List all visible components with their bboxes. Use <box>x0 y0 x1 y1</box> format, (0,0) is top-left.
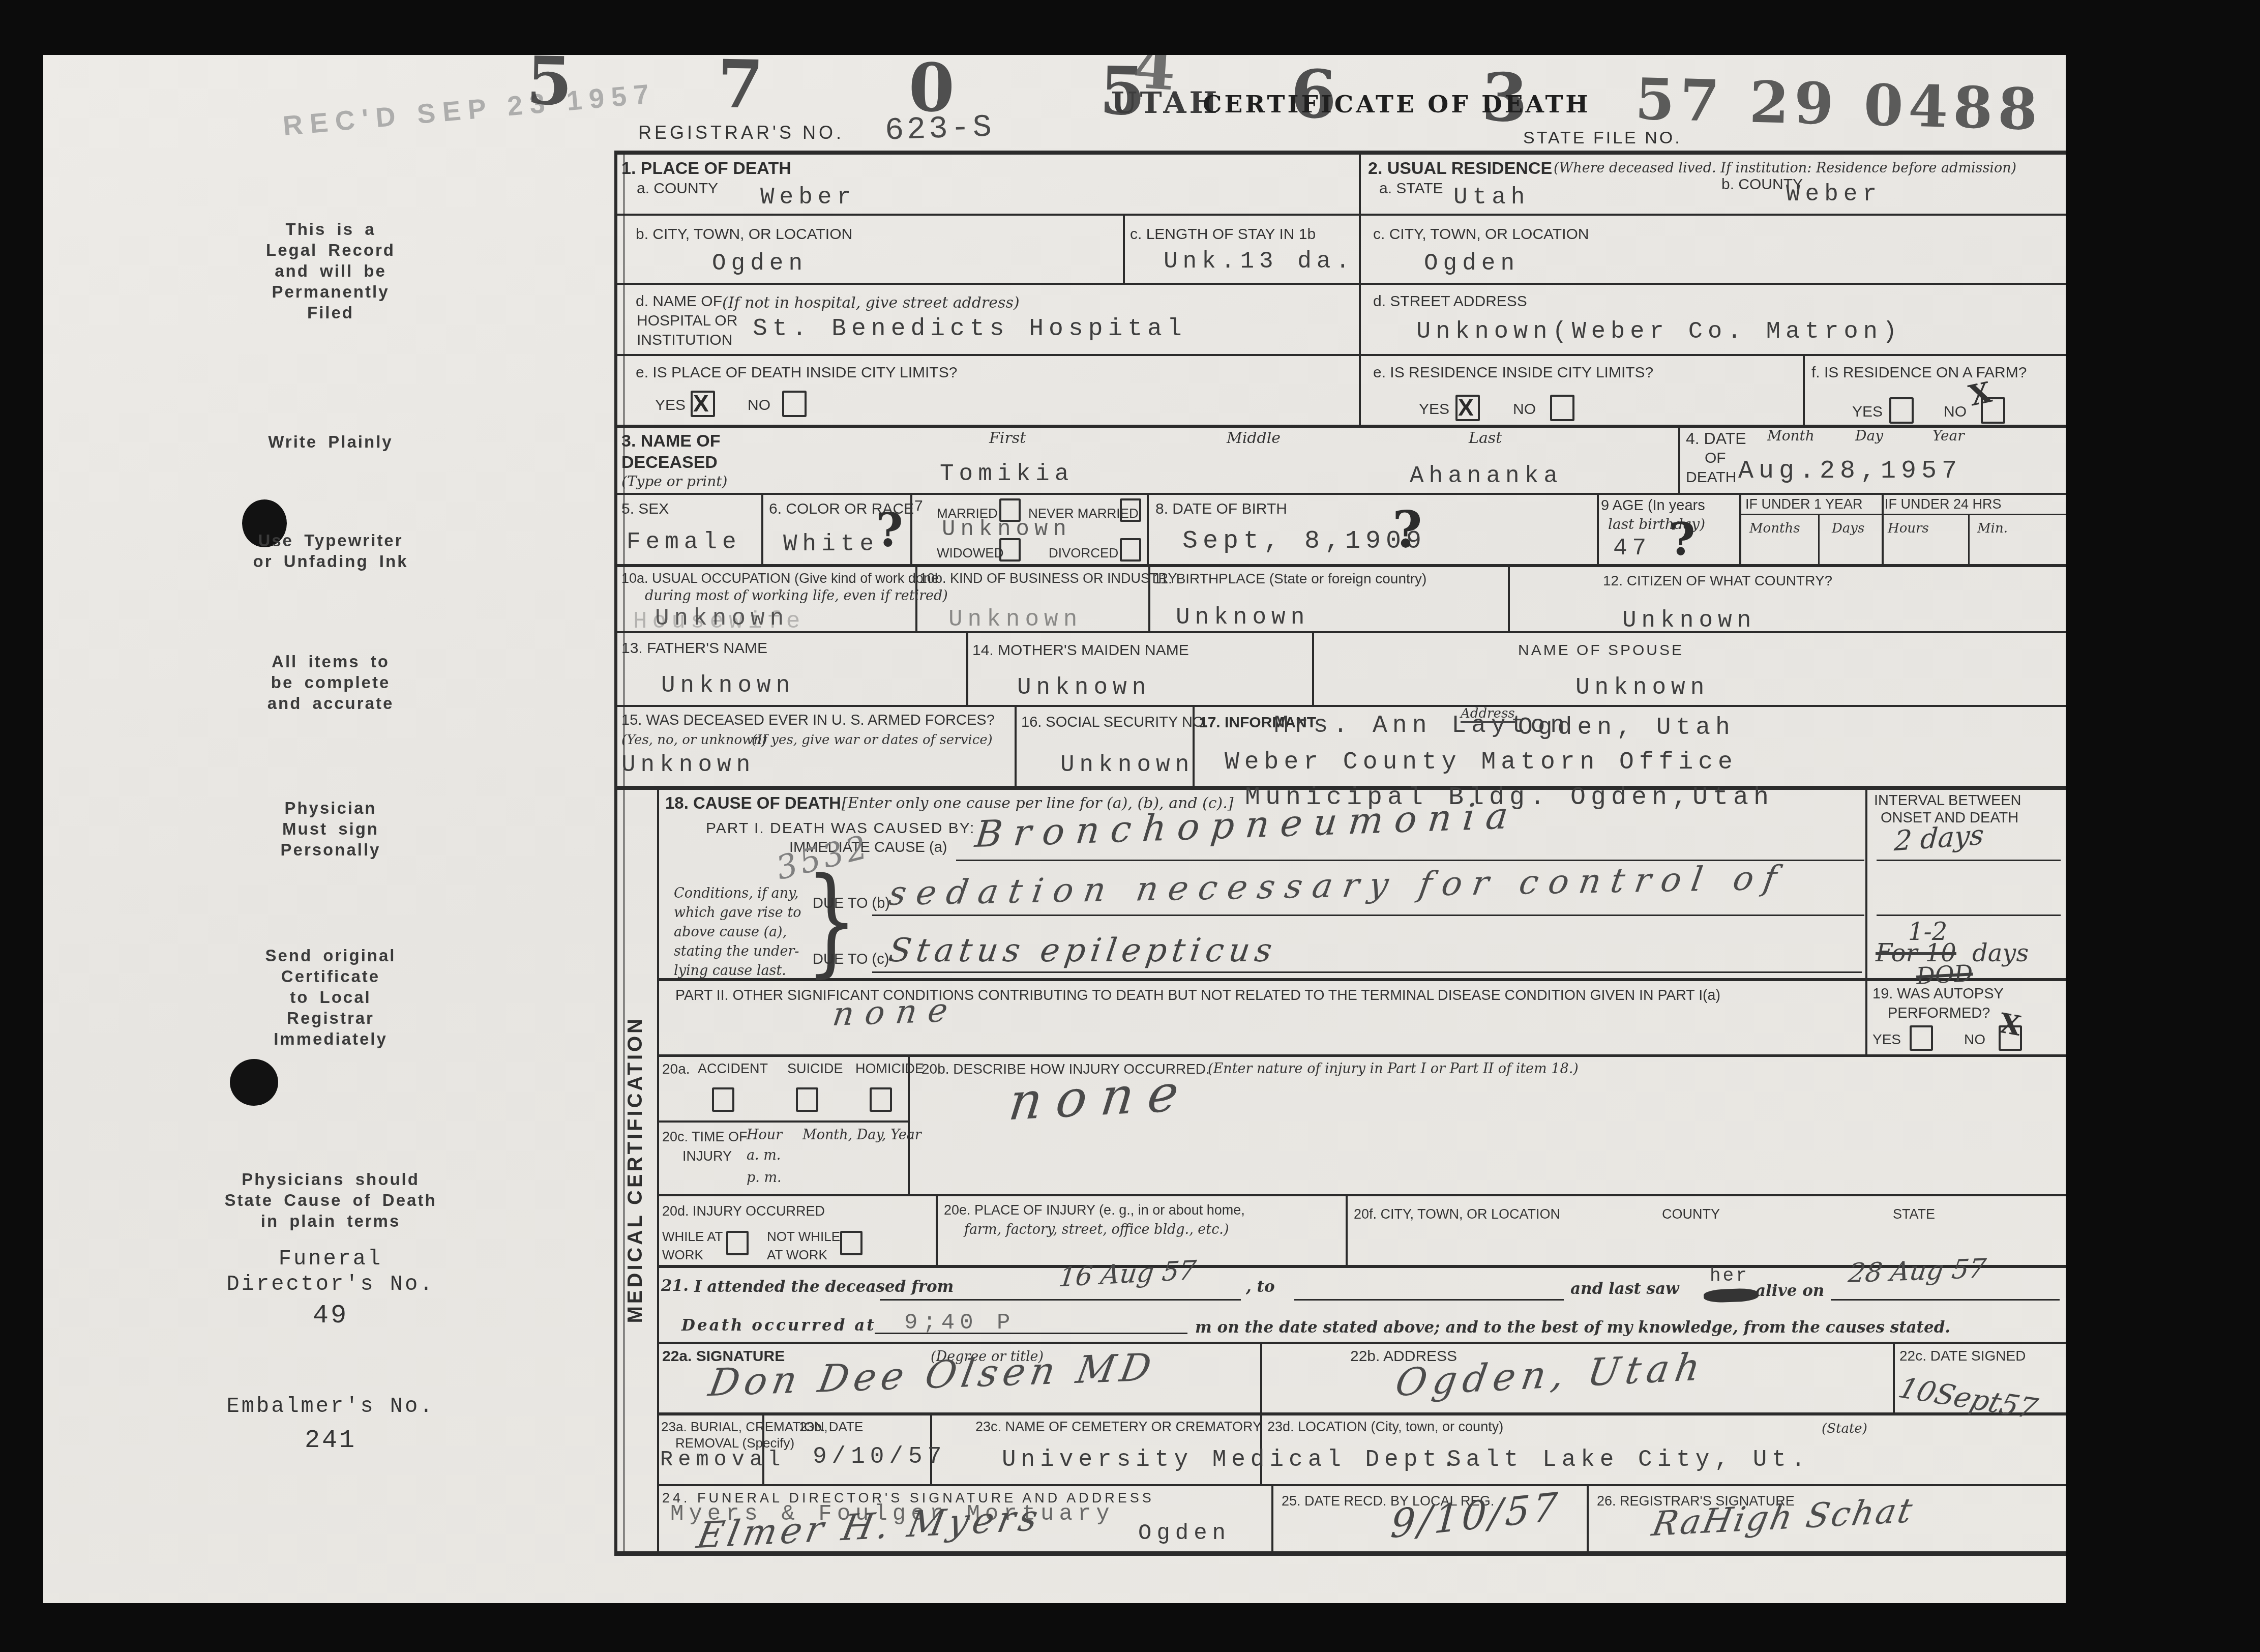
age-label-1: 9 AGE (In years <box>1601 497 1705 514</box>
grid-line <box>657 1412 2066 1415</box>
citizen-value: Unknown <box>1622 607 1756 634</box>
grid-line <box>1678 425 1680 495</box>
day-header: Day <box>1855 427 1883 444</box>
grid-line <box>936 1194 938 1267</box>
age-value: 47 <box>1613 535 1651 562</box>
attended-text-4: alive on <box>1756 1282 1824 1300</box>
date-signed-label: 22c. DATE SIGNED <box>1899 1348 2026 1364</box>
grid-line <box>1882 493 1884 567</box>
county-value: Weber <box>760 184 856 211</box>
conditions-note: Conditions, if any, which gave rise to a… <box>674 884 801 981</box>
margin-note-physician-sign: Physician Must sign Personally <box>173 798 488 860</box>
length-of-stay-label: c. LENGTH OF STAY IN 1b <box>1130 226 1316 243</box>
if-under-1-year-header: IF UNDER 1 YEAR <box>1745 496 1863 512</box>
her-typed-correction: her <box>1710 1265 1749 1286</box>
grid-line <box>657 1342 2066 1344</box>
residence-city-value: Ogden <box>1424 250 1520 277</box>
grid-line <box>614 214 2066 216</box>
homicide-checkbox <box>870 1087 892 1112</box>
grid-line <box>1818 514 1820 567</box>
street-address-value: Unknown(Weber Co. Matron) <box>1416 318 1902 345</box>
hospital-value: St. Benedicts Hospital <box>753 315 1187 343</box>
not-while-at-work-label-2: AT WORK <box>767 1247 827 1263</box>
citizen-label: 12. CITIZEN OF WHAT COUNTRY? <box>1603 573 1832 589</box>
injury-none-handwriting: none <box>1006 1063 1196 1132</box>
am-note: a. m. <box>747 1147 781 1163</box>
grid-line <box>657 978 2066 981</box>
father-name-label: 13. FATHER'S NAME <box>621 640 767 657</box>
grid-line <box>1271 1484 1273 1553</box>
grid-line <box>1147 493 1149 567</box>
hospital-label-2: HOSPITAL OR <box>637 312 737 330</box>
burial-date-label: 23b. DATE <box>799 1419 863 1435</box>
attended-text-1: I attended the deceased from <box>694 1278 954 1296</box>
margin-note-typewriter: Use Typewriter or Unfading Ink <box>173 530 488 572</box>
grid-line <box>657 1054 2066 1057</box>
no-label: NO <box>748 397 770 414</box>
yes-label: YES <box>1872 1031 1901 1048</box>
industry-value: Unknown <box>948 606 1082 633</box>
never-married-checkbox <box>1120 498 1141 522</box>
embalmer-no-label: Embalmer's No. <box>153 1394 509 1419</box>
embalmer-no-value: 241 <box>153 1428 509 1454</box>
injury-occurred-label: 20d. INJURY OCCURRED <box>662 1203 825 1219</box>
part2-label: PART II. OTHER SIGNIFICANT CONDITIONS CO… <box>675 987 1720 1004</box>
ssn-label: 16. SOCIAL SECURITY NO. <box>1021 714 1208 731</box>
informant-address-label: Address <box>1461 706 1515 723</box>
informant-address-value-1: Ogden, Utah <box>1518 714 1735 742</box>
hospital-note: (If not in hospital, give street address… <box>722 294 1020 312</box>
hours-header: Hours <box>1888 521 1929 536</box>
date-of-death-value: Aug.28,1957 <box>1738 457 1962 486</box>
middle-name-header: Middle <box>1227 429 1281 447</box>
name-of-deceased-label-1: 3. NAME OF <box>621 431 721 451</box>
usual-residence-title: 2. USUAL RESIDENCE <box>1368 159 1552 179</box>
death-occurred-text-2: m on the date stated above; and to the b… <box>1195 1318 1950 1337</box>
race-question-mark: ? <box>876 503 903 557</box>
time-of-injury-label: 20c. TIME OF <box>662 1129 748 1145</box>
residence-farm-label: f. IS RESIDENCE ON A FARM? <box>1811 364 2027 381</box>
city-value: Ogden <box>712 250 808 277</box>
grid-line <box>1597 493 1599 567</box>
last-name-value: Ahananka <box>1410 463 1563 489</box>
last-saw-underline <box>1831 1299 2060 1301</box>
grid-line <box>1123 214 1125 285</box>
grid-line <box>1587 1484 1589 1553</box>
first-name-value: Tomikia <box>940 461 1074 487</box>
location-state-note: (State) <box>1822 1421 1867 1436</box>
grid-line <box>614 425 2066 428</box>
grid-line <box>1968 514 1970 567</box>
sex-value: Female <box>627 529 741 555</box>
grid-line <box>614 493 2066 495</box>
scan-border-right <box>2066 0 2260 1652</box>
burial-date-value: 9/10/57 <box>813 1443 946 1470</box>
scan-border-bottom <box>0 1603 2260 1652</box>
grid-line <box>614 1551 2066 1556</box>
grid-line <box>657 786 659 1556</box>
state-value: Utah <box>1453 184 1530 211</box>
name-of-deceased-label-2: DECEASED <box>621 453 718 473</box>
state-file-no-stamp: 57 29 0488 <box>1634 66 2043 143</box>
while-at-work-label-1: WHILE AT <box>662 1229 723 1245</box>
autopsy-label-1: 19. WAS AUTOPSY <box>1872 986 2004 1002</box>
mother-maiden-name-value: Unknown <box>1017 674 1151 701</box>
autopsy-label-2: PERFORMED? <box>1888 1005 1990 1022</box>
grid-line <box>1312 631 1314 707</box>
grid-line <box>1739 514 2066 515</box>
city-label: b. CITY, TOWN, OR LOCATION <box>636 226 852 243</box>
cause-c-handwriting: Status epilepticus <box>886 932 1280 969</box>
grid-line <box>614 283 2066 285</box>
attended-underline <box>880 1299 1241 1301</box>
marital-status-number: 7 <box>914 497 923 515</box>
usual-residence-note: (Where deceased lived. If institution: R… <box>1554 160 2016 176</box>
if-under-24-hrs-header: IF UNDER 24 HRS <box>1885 496 2002 512</box>
city-limits-label: e. IS PLACE OF DEATH INSIDE CITY LIMITS? <box>636 364 957 381</box>
no-label: NO <box>1513 401 1536 418</box>
last-name-header: Last <box>1469 429 1502 447</box>
accident-label: ACCIDENT <box>698 1061 768 1077</box>
race-value: White <box>783 531 879 557</box>
occupation-label-1: 10a. USUAL OCCUPATION (Give kind of work… <box>621 571 939 586</box>
spouse-name-value: Unknown <box>1575 674 1709 701</box>
min-header: Min. <box>1977 521 2008 536</box>
pm-note: p. m. <box>747 1170 782 1186</box>
attended-number: 21. <box>661 1277 689 1295</box>
county-label: a. COUNTY <box>637 180 718 197</box>
residence-farm-yes-checkbox <box>1889 397 1914 424</box>
month-header: Month <box>1767 427 1815 444</box>
due-to-c-label: DUE TO (c) <box>813 951 889 968</box>
funeral-director-no-value: 49 <box>153 1303 509 1329</box>
margin-note-write-plainly: Write Plainly <box>173 431 488 452</box>
cemetery-value: University Medical Dept. <box>1002 1447 1461 1473</box>
title-certificate-of-death: CERTIFICATE OF DEATH <box>1203 91 1591 119</box>
last-alive-value: 28 Aug 57 <box>1847 1253 1988 1289</box>
scan-border-top <box>0 0 2260 55</box>
homicide-label: HOMICIDE <box>855 1061 924 1077</box>
place-city-limits-yes-checkbox: X <box>691 391 715 417</box>
grid-line <box>761 493 763 567</box>
grid-line <box>614 354 2066 356</box>
hospital-label-1: d. NAME OF <box>636 293 722 310</box>
suicide-checkbox <box>796 1087 818 1112</box>
widowed-label: WIDOWED <box>937 545 1003 561</box>
hole-punch-bottom <box>230 1059 278 1106</box>
date-of-birth-value: Sept, 8,1909 <box>1182 527 1426 556</box>
place-city-limits-no-checkbox <box>782 391 807 417</box>
date-of-death-label-2: OF <box>1705 450 1726 467</box>
grid-line <box>966 631 968 707</box>
scanned-death-certificate: REC'D SEP 23 1957 5 7 0 5 6 3 4 REGISTRA… <box>0 0 2260 1652</box>
month-day-year-note: Month, Day, Year <box>802 1127 921 1143</box>
first-name-header: First <box>989 429 1026 447</box>
margin-note-send-original: Send original Certificate to Local Regis… <box>173 945 488 1049</box>
attended-to-underline <box>1294 1299 1564 1301</box>
margin-note-plain-terms: Physicians should State Cause of Death i… <box>153 1169 509 1231</box>
place-of-death-title: 1. PLACE OF DEATH <box>621 159 791 179</box>
months-header: Months <box>1749 521 1800 536</box>
grid-line <box>1803 354 1805 428</box>
interval-a-handwriting: 2 days <box>1893 818 1985 857</box>
scan-border-left <box>0 0 43 1652</box>
place-of-injury-note-2: farm, factory, street, office bldg., etc… <box>964 1222 1229 1237</box>
grid-line <box>1508 564 1510 633</box>
grid-line <box>614 564 2066 567</box>
margin-note-legal-record: This is a Legal Record and will be Perma… <box>173 219 488 323</box>
sex-label: 5. SEX <box>621 500 669 518</box>
divorced-label: DIVORCED <box>1049 545 1118 561</box>
age-question-mark: ? <box>1669 513 1696 566</box>
autopsy-yes-checkbox <box>1910 1025 1933 1051</box>
informant-address-value-2: Weber County Matorn Office <box>1225 749 1738 776</box>
registrar-no-value: 623-S <box>884 109 995 149</box>
accident-row-number: 20a. <box>662 1061 690 1077</box>
grid-line <box>1359 151 1361 428</box>
cause-of-death-title: 18. CAUSE OF DEATH <box>665 793 841 813</box>
place-of-injury-label: 20e. PLACE OF INJURY (e. g., in or about… <box>944 1202 1245 1218</box>
cause-b-rule <box>872 914 1864 916</box>
no-label: NO <box>1944 403 1967 421</box>
yes-label: YES <box>1852 403 1883 421</box>
interval-rule <box>1877 914 2061 916</box>
not-while-at-work-label-1: NOT WHILE <box>767 1229 840 1245</box>
residence-city-label: c. CITY, TOWN, OR LOCATION <box>1373 226 1589 243</box>
hospital-label-3: INSTITUTION <box>637 332 732 349</box>
occupation-label-2: during most of working life, even if ret… <box>645 588 948 604</box>
no-label: NO <box>1964 1031 1985 1048</box>
grid-line <box>1865 786 1867 1057</box>
armed-forces-note-2: (If yes, give war or dates of service) <box>752 732 993 748</box>
yes-label: YES <box>1419 401 1449 418</box>
location-label: 23d. LOCATION (City, town, or county) <box>1267 1419 1503 1435</box>
hour-note: Hour <box>747 1127 782 1143</box>
residence-city-limits-no-checkbox <box>1550 395 1574 421</box>
interval-c-line2b: days <box>1972 939 2029 967</box>
grid-line <box>614 631 2066 633</box>
death-occurred-text: Death occurred at <box>681 1316 876 1335</box>
birth-date-question-mark: ? <box>1392 499 1422 559</box>
medical-certification-label: MEDICAL CERTIFICATION <box>613 793 657 1546</box>
while-at-work-checkbox <box>726 1231 749 1255</box>
while-at-work-label-2: WORK <box>662 1247 703 1263</box>
grid-line <box>614 705 2066 707</box>
cause-c-rule <box>872 971 1862 973</box>
street-address-label: d. STREET ADDRESS <box>1373 293 1527 310</box>
birthplace-value: Unknown <box>1176 604 1310 631</box>
birthplace-label: 11. BIRTHPLACE (State or foreign country… <box>1153 571 1426 587</box>
year-header: Year <box>1932 427 1965 444</box>
injury-city-label: 20f. CITY, TOWN, OR LOCATION <box>1354 1206 1560 1222</box>
grid-line <box>1346 1194 1348 1267</box>
residence-county-value: Weber <box>1786 181 1882 208</box>
grid-line <box>1015 705 1017 788</box>
grid-line <box>657 1194 2066 1196</box>
armed-forces-note-1: (Yes, no, or unknown) <box>621 732 767 748</box>
medical-certification-text: MEDICAL CERTIFICATION <box>624 1016 647 1323</box>
grid-line <box>657 1120 908 1123</box>
date-of-birth-label: 8. DATE OF BIRTH <box>1155 500 1287 518</box>
due-to-b-label: DUE TO (b) <box>813 895 890 912</box>
divorced-checkbox <box>1120 538 1141 562</box>
interval-c-line3-struck: DOD <box>1916 959 1974 990</box>
injury-county-label: COUNTY <box>1662 1206 1720 1222</box>
registrar-no-label: REGISTRAR'S NO. <box>638 122 844 143</box>
injury-state-label: STATE <box>1893 1206 1935 1222</box>
grid-line <box>614 151 2066 155</box>
margin-note-complete: All items to be complete and accurate <box>173 651 488 714</box>
mother-maiden-name-label: 14. MOTHER'S MAIDEN NAME <box>972 642 1189 659</box>
grid-line <box>657 1484 2066 1486</box>
father-name-value: Unknown <box>661 672 795 699</box>
yes-label: YES <box>655 397 686 414</box>
location-value: Salt Lake City, Ut. <box>1447 1447 1810 1473</box>
part2-none-handwriting: none <box>830 991 961 1034</box>
injury-label-2: INJURY <box>682 1148 732 1164</box>
suicide-label: SUICIDE <box>787 1061 843 1077</box>
length-of-stay-value: Unk.13 da. <box>1164 248 1355 275</box>
cemetery-label: 23c. NAME OF CEMETERY OR CREMATORY <box>975 1419 1262 1435</box>
informant-address-value-3: Municipal Bldg. Ogden,Utah <box>1245 783 1774 812</box>
describe-injury-note: (Enter nature of injury in Part I or Par… <box>1208 1061 1579 1077</box>
not-while-at-work-checkbox <box>840 1231 863 1255</box>
armed-forces-label: 15. WAS DECEASED EVER IN U. S. ARMED FOR… <box>621 712 995 729</box>
interval-label-1: INTERVAL BETWEEN <box>1874 792 2021 809</box>
days-header: Days <box>1832 521 1864 536</box>
grid-line <box>1739 493 1741 567</box>
date-of-death-label-3: DEATH <box>1686 469 1736 486</box>
attended-text-2: , to <box>1246 1278 1275 1296</box>
residence-city-limits-yes-checkbox: X <box>1455 395 1480 421</box>
armed-forces-value: Unknown <box>621 752 755 778</box>
residence-city-limits-label: e. IS RESIDENCE INSIDE CITY LIMITS? <box>1373 364 1653 381</box>
attended-text-3: and last saw <box>1570 1280 1679 1298</box>
ssn-value: Unknown <box>1060 752 1194 778</box>
funeral-director-no-label: Funeral Director's No. <box>153 1246 509 1297</box>
accident-checkbox <box>712 1087 734 1112</box>
date-of-death-label-1: 4. DATE <box>1686 429 1746 448</box>
death-time-value: 9;40 P <box>904 1310 1015 1336</box>
state-label: a. STATE <box>1379 180 1443 197</box>
occupation-value: Unknown <box>655 605 789 632</box>
type-or-print-note: (Type or print) <box>621 473 727 490</box>
industry-label: 10b. KIND OF BUSINESS OR INDUSTRY <box>919 571 1177 586</box>
marital-status-value: Unknown <box>942 517 1072 542</box>
burial-value: Removal <box>660 1448 785 1472</box>
interval-rule <box>1877 860 2061 861</box>
spouse-name-label: NAME OF SPOUSE <box>1518 642 1684 659</box>
grid-line <box>1260 1342 1262 1414</box>
funeral-city-value: Ogden <box>1138 1521 1231 1546</box>
